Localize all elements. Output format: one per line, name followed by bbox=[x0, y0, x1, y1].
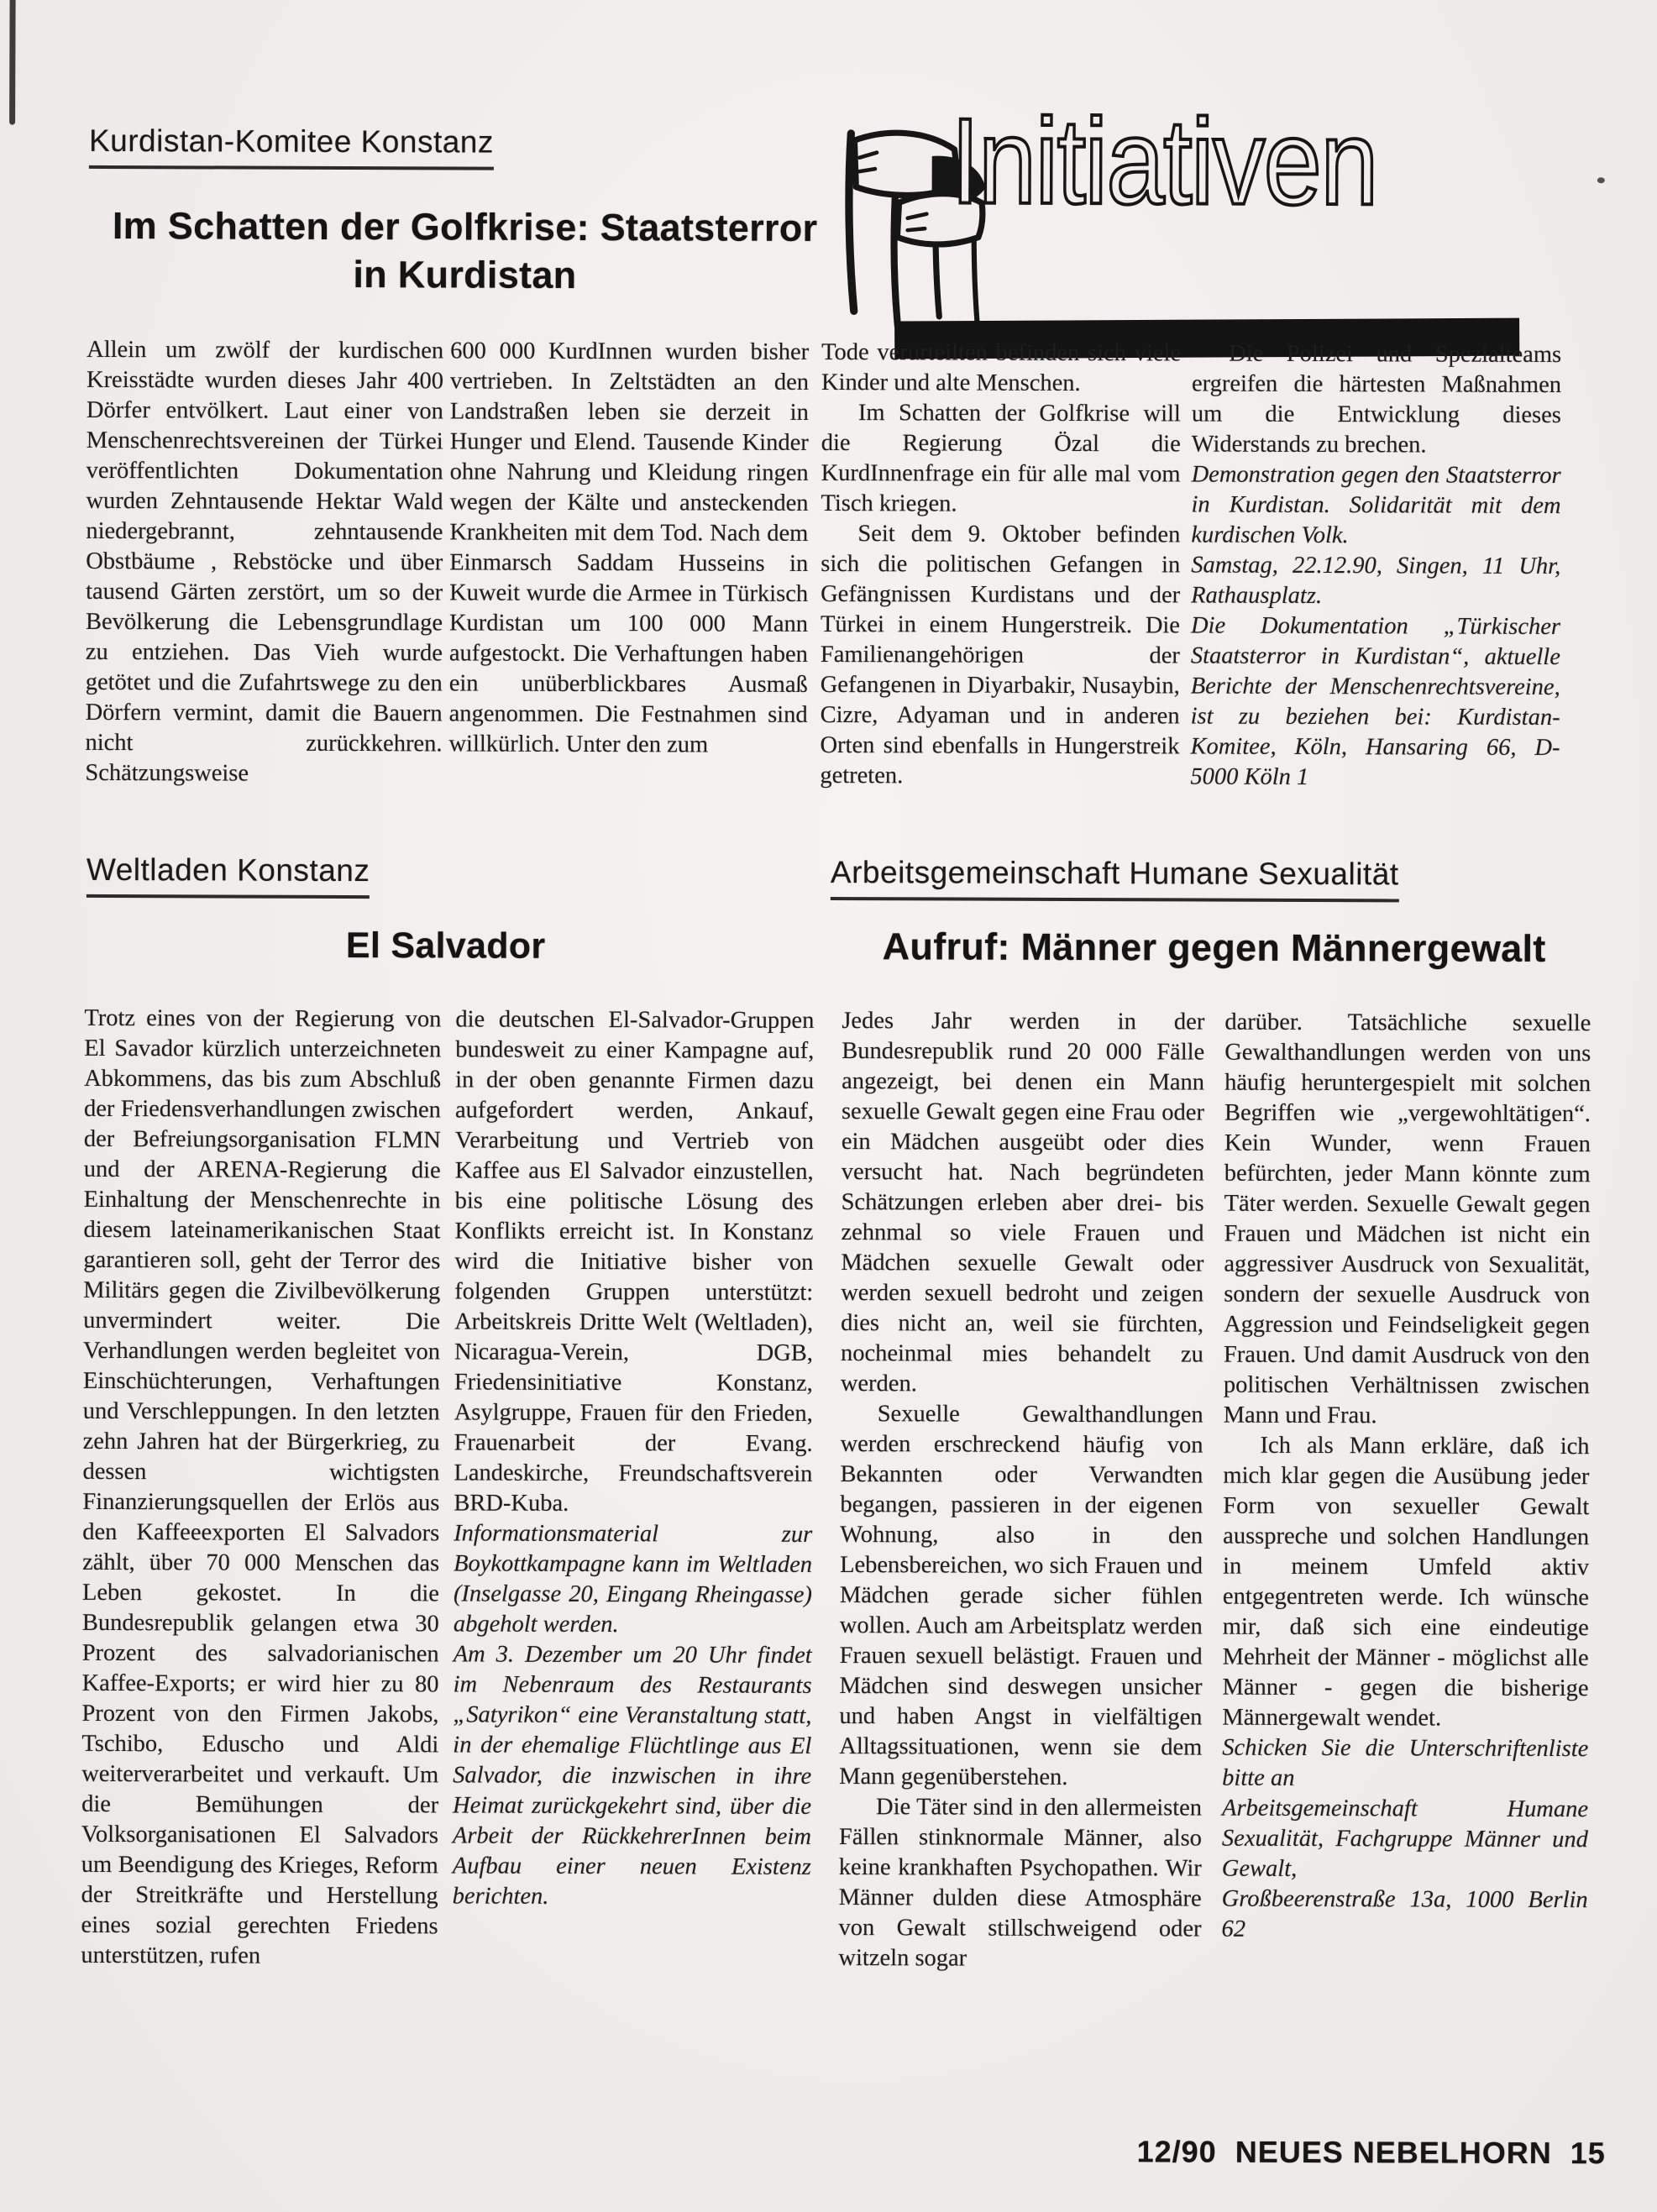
page-footer-issue-and-number: 12/90 NEUES NEBELHORN 15 bbox=[1137, 2136, 1606, 2168]
article2-paragraph: Trotz eines von der Regierung von El Sav… bbox=[81, 1004, 441, 1972]
article1-column-2: 600 000 KurdInnen wurden bisher vertrieb… bbox=[448, 336, 809, 760]
article1-title: Im Schatten der Golfkrise: Staatsterror … bbox=[82, 202, 847, 300]
article3-address-street: Großbeerenstraße 13a, 1000 Berlin 62 bbox=[1222, 1884, 1588, 1947]
newsletter-scan-page: Kurdistan-Komitee Konstanz Initiativen I… bbox=[0, 0, 1657, 2212]
article3-address-org: Arbeitsgemeinschaft Humane Sexualität, F… bbox=[1222, 1794, 1588, 1886]
section-kicker-weltladen: Weltladen Konstanz bbox=[87, 852, 370, 899]
article1-paragraph: Allein um zwölf der kurdischen Kreisstäd… bbox=[85, 335, 443, 789]
article3-paragraph: Jedes Jahr werden in der Bundesrepublik … bbox=[841, 1006, 1205, 1401]
article3-paragraph: Sexuelle Gewalthandlungen werden erschre… bbox=[839, 1399, 1203, 1794]
article3-paragraph: darüber. Tatsächliche sexuelle Gewalthan… bbox=[1224, 1008, 1591, 1433]
section-kicker-arbeitsgemeinschaft: Arbeitsgemeinschaft Humane Sexualität bbox=[831, 855, 1399, 902]
article1-column-4: Die Polizei und Spezialteams ergreifen d… bbox=[1190, 339, 1561, 794]
article2-column-2: die deutschen El-Salvador-Gruppen bundes… bbox=[453, 1004, 815, 1912]
section-kicker-kurdistan-komitee: Kurdistan-Komitee Konstanz bbox=[89, 123, 494, 170]
article2-info-note: Informationsmaterial zur Boykottkampagne… bbox=[454, 1518, 813, 1640]
article1-event-date: Samstag, 22.12.90, Singen, 11 Uhr, Ratha… bbox=[1191, 551, 1560, 613]
article3-column-1: Jedes Jahr werden in der Bundesrepublik … bbox=[838, 1006, 1204, 1975]
page-content: Kurdistan-Komitee Konstanz Initiativen I… bbox=[0, 0, 1657, 2212]
article2-event-note: Am 3. Dezember um 20 Uhr findet im Neben… bbox=[453, 1639, 812, 1912]
article1-paragraph: Im Schatten der Golfkrise will die Regie… bbox=[821, 398, 1181, 520]
initiativen-logo-wordmark: Initiativen bbox=[951, 98, 1377, 226]
article1-paragraph: 600 000 KurdInnen wurden bisher vertrieb… bbox=[448, 336, 809, 760]
scan-edge-artifact bbox=[9, 0, 16, 125]
article3-paragraph: Die Täter sind in den allermeisten Fälle… bbox=[838, 1792, 1202, 1975]
article2-paragraph: die deutschen El-Salvador-Gruppen bundes… bbox=[454, 1004, 814, 1519]
article1-paragraph: Seit dem 9. Oktober befinden sich die po… bbox=[820, 519, 1180, 792]
article3-instruction: Schicken Sie die Unterschriftenliste bit… bbox=[1222, 1733, 1588, 1795]
article1-title-line2: in Kurdistan bbox=[82, 249, 847, 300]
article1-paragraph: Tode verurteilten befinden sich viele Ki… bbox=[821, 338, 1181, 399]
article3-column-2: darüber. Tatsächliche sexuelle Gewalthan… bbox=[1222, 1008, 1591, 1947]
article2-title: El Salvador bbox=[85, 921, 807, 972]
article1-column-3: Tode verurteilten befinden sich viele Ki… bbox=[820, 338, 1181, 792]
article1-paragraph: Die Polizei und Spezialteams ergreifen d… bbox=[1192, 339, 1561, 462]
scan-speck-artifact bbox=[1597, 177, 1605, 183]
article3-declaration: Ich als Mann erkläre, daß ich mich klar … bbox=[1222, 1431, 1589, 1735]
article3-title: Aufruf: Männer gegen Männergewalt bbox=[828, 922, 1601, 972]
article1-column-1: Allein um zwölf der kurdischen Kreisstäd… bbox=[85, 335, 443, 789]
article1-announcement: Demonstration gegen den Staatsterror in … bbox=[1191, 460, 1560, 553]
article2-column-1: Trotz eines von der Regierung von El Sav… bbox=[81, 1004, 441, 1972]
article1-title-line1: Im Schatten der Golfkrise: Staatsterror bbox=[83, 202, 847, 252]
article1-contact-info: Die Dokumentation „Türkischer Staatsterr… bbox=[1190, 611, 1560, 794]
